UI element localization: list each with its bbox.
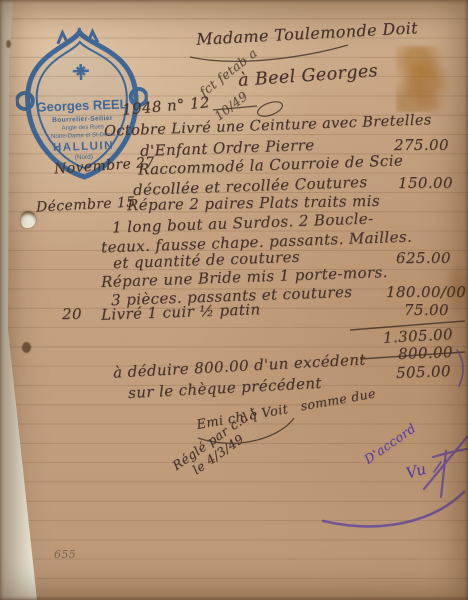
entry-amount: 180.00/00	[386, 283, 466, 301]
entry-line: Octobre Livré une Ceinture avec Bretelle…	[104, 112, 432, 139]
stain-top-right	[396, 46, 450, 112]
entry-amount: 75.00	[404, 301, 449, 319]
paper-hole	[21, 211, 36, 228]
deduction-note-line1: à déduire 800.00 d'un excédent	[113, 350, 367, 381]
entry-amount: 625.00	[396, 249, 451, 267]
paper-spot	[22, 342, 31, 353]
page-number: 655	[54, 548, 76, 561]
entry-date: 20	[62, 305, 82, 323]
balance-due-amount: 505.00	[396, 362, 451, 382]
paper-speck	[6, 40, 11, 48]
stamp-city: HALLUIN	[53, 140, 114, 154]
deduction-amount: 800.00	[398, 343, 453, 363]
stamp-name: Georges REEL	[36, 96, 128, 114]
seen-note: Vu	[404, 460, 428, 483]
entry-date: Décembre 15	[36, 194, 136, 215]
client-line: Madame Toulemonde Doit	[196, 18, 419, 49]
debtor-line: à Beel Georges	[237, 61, 378, 91]
scanned-invoice-page: Georges REEL Bourrelier-Sellier Angle de…	[0, 0, 468, 600]
entry-amount: 150.00	[398, 174, 453, 192]
approval-note: D'accord	[361, 420, 418, 466]
